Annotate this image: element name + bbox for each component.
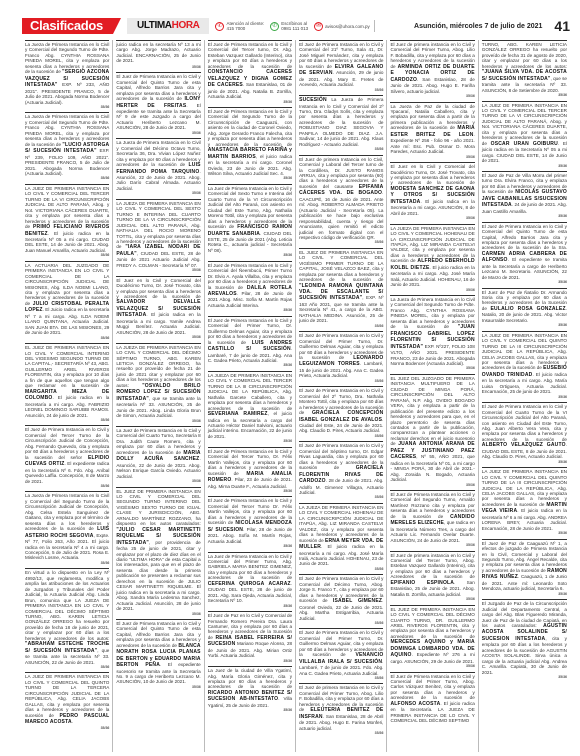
notice-code: 35/36 <box>299 379 383 384</box>
notice-body: La Juez de Primera Instancia en lo Civil… <box>208 186 292 229</box>
legal-notice: El Juez de Primera Instancia en lo Civil… <box>299 574 383 628</box>
notice-code: 35/36 <box>208 308 292 313</box>
legal-notice: El Juez de primera Instancia en lo Civil… <box>299 155 383 248</box>
legal-notice: El Juez de Paz en lo Civil y Comercial d… <box>208 611 292 666</box>
deceased-name: OSCAR URAN GOIBURU <box>491 141 558 147</box>
legal-notice: El Juez de Primera Instancia en lo Civil… <box>299 40 383 95</box>
deceased-name: EPIFANIO ESPINOLA <box>390 580 454 586</box>
notice-code: 35/36 <box>116 685 200 690</box>
section-title: Clasificados <box>22 18 113 34</box>
notice-code: 35/36 <box>116 65 200 70</box>
notice-code: 35/36 <box>390 597 474 602</box>
notice-code: 35/36 <box>482 164 567 169</box>
deceased-name: ALFONSO ACOSTA <box>390 701 440 707</box>
notice-body: EL JUEZ DE PRIMERA INSTANCIA EN LO CIVIL… <box>25 345 109 388</box>
notice-body: EL JUEZ DE PRIMERA INSTANCIA EN LO CIVIL… <box>299 250 383 282</box>
notice-code: 35/36 <box>25 561 109 566</box>
notice-code: 35/36 <box>25 253 109 258</box>
notice-code: 35/36 <box>116 131 200 136</box>
notice-code: 35/36 <box>208 544 292 549</box>
legal-notice: En virtud a lo dispuesto en la Ley Nº 49… <box>25 568 109 672</box>
legal-notice: La Juez de Primera Instancia en lo Civil… <box>208 184 292 261</box>
legal-notice: El Juez de Primera Instancia en lo Civil… <box>208 40 292 107</box>
notice-code: 35/36 <box>482 675 567 680</box>
legal-notice: La Jueza de Primera Instancia en lo Civi… <box>25 112 109 183</box>
notice-code: 35/36 <box>116 479 200 484</box>
column-2: juicio radica en la secretaría Nº 13 a m… <box>113 40 204 752</box>
notice-code: 35/36 <box>299 731 383 736</box>
notice-code: 35/36 <box>25 726 109 731</box>
phone-number: 415 7000 <box>226 26 264 31</box>
legal-notice: El Juez de primera Instancia en lo Civil… <box>299 683 383 738</box>
legal-notice: El Juez de Primera Instancia en lo Civil… <box>299 331 383 386</box>
notice-code: 35/36 <box>299 621 383 626</box>
legal-notice: El Juez de Paz de Villa Morra del primer… <box>482 171 567 222</box>
issue-date: Asunción, miércoles 7 de julio de 2021 <box>414 23 542 30</box>
legal-notice: LA JUEZA DE PRIMERA INSTANCIA EN LO CIVI… <box>116 199 200 276</box>
notice-code: 35/36 <box>299 567 383 572</box>
notice-body: TURNO, ABG. KAREN LETICIA GONZÁLEZ ORREG… <box>482 42 567 69</box>
legal-notice: El Juez de Primera Instancia en lo Civil… <box>208 447 292 497</box>
legal-notice: El Juez de primera instancia en lo Civil… <box>390 551 474 605</box>
notice-code: 35/36 <box>299 495 383 500</box>
legal-notice: EL JUEZ DE PRIMERA INSTANCIA EN LO CIVIL… <box>116 487 200 619</box>
legal-notice: El Juez de Primera Instancia en lo Civil… <box>25 425 109 491</box>
legal-notice: LA JUEZ DE PRIMERA INSTANCIA EN LO CIVIL… <box>482 467 567 538</box>
legal-notice: El Juez de Primera Instancia en lo Civil… <box>299 441 383 503</box>
legal-notice: EL JUEZ DEL JUZGADO DE PRIMERA INSTANCIA… <box>390 374 474 490</box>
notice-code: 35/36 <box>116 419 200 424</box>
page-number: 41 <box>554 18 570 34</box>
page-header: Clasificados ULTIMAHORA ✆ Atención al cl… <box>22 18 570 34</box>
notice-body: El Juez de primera instancia en lo Civil… <box>390 553 474 580</box>
legal-notice: El Juez de Paz de Caaguazú Nº 1, a efect… <box>482 539 567 600</box>
legal-notice: LA JUEZ DE PRIMERA INSTANCIA EN LO CIVIL… <box>482 101 567 171</box>
notice-code: 35/36 <box>482 214 567 219</box>
notice-body: LA JUEZ DE PRIMERA INSTANCIA EN LO CIVIL… <box>25 186 109 229</box>
legal-notice: El Juez de Paz de Ñatalio Dr. Armando So… <box>482 288 567 331</box>
legal-notice: El Juez de Primera Instancia en lo Civil… <box>482 402 567 467</box>
notice-code: 35/36 <box>390 664 474 669</box>
notice-code: 35/36 <box>482 531 567 536</box>
column-4: El Juez de Primera Instancia en lo Civil… <box>296 40 387 752</box>
notice-code: 35/36 <box>482 93 567 98</box>
notice-body: LA JUEZA DE PRIMERA INSTANCIA EN LO CIVI… <box>116 345 200 388</box>
legal-notice: LA JUEZ DE PRIMERA INSTANCIA EN LO CIVIL… <box>482 331 567 402</box>
notice-body: La Juez de la ciudad de Villa Ygatimí, A… <box>208 668 292 689</box>
notice-code: 35/36 <box>25 665 109 670</box>
deceased-name: SUCESIÓN <box>299 97 327 103</box>
notice-code: 35/36 <box>299 324 383 329</box>
notice-code: 35/36 <box>482 280 567 285</box>
legal-notice: El Juez en lo Civil y Comercial del Duod… <box>116 276 200 343</box>
notice-code: 35/36 <box>25 176 109 181</box>
legal-notice: LA JUEZA DE PRIMERA INSTANCIA EN LO CIVI… <box>390 224 474 295</box>
legal-notice: La Jueza de Paz de la ciudad de Ypacaraí… <box>390 102 474 163</box>
legal-notice: El Juez de Primera Instancia en lo Civil… <box>116 72 200 138</box>
deceased-name: SEVERIANA RAMIREZ <box>208 411 268 417</box>
notice-body: juicio radica en la secretaría Nº 13 a m… <box>116 42 200 63</box>
legal-notice: La Jueza de Primera Instancia en lo Civi… <box>116 138 200 199</box>
column-6: TURNO, ABG. KAREN LETICIA GONZÁLEZ ORREG… <box>479 40 570 752</box>
notice-body: El Juez de Primera Instancia en lo Civil… <box>482 404 567 442</box>
deceased-name: ALBERTO VELAZQUEZ GAUTO <box>482 442 566 448</box>
notice-code: 35/36 <box>299 434 383 439</box>
notice-body-end: . CAACUPÉ, 16 de Junio de 2021. Ante mí:… <box>299 190 383 240</box>
legal-notice: El Juez de Primera Instancia en lo Civil… <box>299 628 383 683</box>
notice-code: 35/36 <box>208 604 292 609</box>
notice-code: 35/36 <box>390 366 474 371</box>
legal-notice: La Juez de Primera Instancia en lo Civil… <box>208 552 292 612</box>
notice-body: LA JUEZ DE PRIMERA INSTANCIA EN LO CIVIL… <box>25 674 109 717</box>
column-3: El Juez de Primera Instancia en lo Civil… <box>205 40 296 752</box>
legal-notice: TURNO, ABG. KAREN LETICIA GONZÁLEZ ORREG… <box>482 40 567 101</box>
divider <box>374 20 375 32</box>
notice-code: 35/36 <box>208 489 292 494</box>
logo-part-hora: HORA <box>172 20 200 31</box>
notice-code: 35/36 <box>482 323 567 328</box>
phone-icon: ✆ <box>215 22 224 31</box>
logo-part-ultima: ULTIMA <box>137 20 172 31</box>
contact-phone: ✆ Atención al cliente:415 7000 <box>215 21 264 31</box>
legal-notice: La Juez de Primera Instancia en lo Civil… <box>116 426 200 487</box>
legal-notice: LA JUEZ DE PRIMERA INSTANCIA EN LO CIVIL… <box>25 672 109 733</box>
notice-code: 35/36 <box>208 176 292 181</box>
contact-email: ✉ avisos@uhora.com.py <box>314 20 379 32</box>
notice-body-end: La Jueza de Primera Instancia en lo Civi… <box>299 97 383 147</box>
legal-notice: El Juzgado de Paz de la Circunscripción … <box>482 599 567 682</box>
notice-body: LA JUEZA DE PRIMERA INSTANCIA EN LO CIVI… <box>208 373 292 411</box>
legal-notice: La Jueza de Primera Instancia en lo Civi… <box>390 295 474 374</box>
notice-code: 35/36 <box>299 676 383 681</box>
notice-body: LA JUEZA DE PRIMERA INSTANCIA EN LO CIVI… <box>116 201 200 250</box>
notice-body: El Juez de Primera Instancia en lo Civil… <box>390 674 474 701</box>
legal-notice: SUCESIÓN La Jueza de Primera Instancia e… <box>299 95 383 155</box>
legal-notice: La Jueza de Primera Instancia en lo Civi… <box>25 491 109 568</box>
contact-whatsapp: ✆ Escríbinos al0981 111 013 <box>270 21 308 31</box>
notice-code: 35/36 <box>208 439 292 444</box>
notice-code: 35/36 <box>25 336 109 341</box>
notice-code: 35/36 <box>208 253 292 258</box>
newspaper-logo: ULTIMAHORA <box>127 18 209 34</box>
legal-notice: El Juez de primera instancia en lo Civil… <box>390 40 474 102</box>
notice-code: 35/36 <box>482 460 567 465</box>
legal-notice: juicio radica en la secretaría Nº 13 a m… <box>116 40 200 72</box>
classifieds-columns: La Jueza de Primera Instancia en lo Civi… <box>22 40 570 752</box>
legal-notice: LA JUEZ DE PRIMERA INSTANCIA EN LO CIVIL… <box>25 184 109 261</box>
legal-notice: LA JUEZA DE PRIMERA INSTANCIA EN LO CIVI… <box>299 503 383 574</box>
notice-code: 35/36 <box>208 708 292 713</box>
notice-code: 35/36 <box>116 612 200 617</box>
notice-code: 35/36 <box>390 288 474 293</box>
notice-body: EL JUEZ DEL JUZGADO DE PRIMERA INSTANCIA… <box>390 376 474 446</box>
legal-notice: El Juez de Primera Instancia en lo Civil… <box>208 496 292 551</box>
notice-code: 35/36 <box>390 94 474 99</box>
notice-body: El Juez en lo Civil y Comercial del Duod… <box>116 278 200 299</box>
legal-notice: El Juez de Primera Instancia en lo Civil… <box>482 222 567 288</box>
notice-code: 35/36 <box>390 155 474 160</box>
notice-body: EL JUEZ DE PRIMERA INSTANCIA EN LO CIVIL… <box>116 489 200 527</box>
notice-body: El Juez de Primera Instancia en lo Civil… <box>208 109 292 147</box>
notice-code: 35/36 <box>208 100 292 105</box>
notice-body: El Juez de Primera Instancia en lo Civil… <box>208 42 292 69</box>
notice-body: El Juez en lo Civil y Comercial del Duod… <box>390 164 474 185</box>
column-5: El Juez de primera instancia en lo Civil… <box>387 40 478 752</box>
deceased-name: ISABEL GIMENEZ <box>333 598 382 604</box>
notice-code: 35/36 <box>116 268 200 273</box>
legal-notice: LA ACTUARIA DEL JUZGADO DE PRIMERA INSTA… <box>25 261 109 343</box>
legal-notice: LA JUEZA DE PRIMERA INSTANCIA EN LO CIVI… <box>208 371 292 447</box>
legal-notice: El Juez de Primera Instancia en lo Civil… <box>299 386 383 441</box>
deceased-name: GRACIELA CONCEPCIÓN ISABEL GONZALEZ DE A… <box>299 410 383 422</box>
notice-code: 35/36 <box>116 191 200 196</box>
legal-notice: La Jueza de Primera Instancia en lo Civi… <box>25 40 109 112</box>
notice-code: 35/36 <box>482 592 567 597</box>
legal-notice: El Juez de Primera Instancia en lo Civil… <box>208 107 292 184</box>
legal-notice: El Juez de Primera Instancia en lo Civil… <box>390 672 474 726</box>
legal-notice: LA JUEZA DE PRIMERA INSTANCIA EN LO CIVI… <box>116 343 200 426</box>
notice-code: 35/36 <box>25 484 109 489</box>
notice-code: 35/36 <box>299 240 383 245</box>
notice-code: 35/36 <box>116 335 200 340</box>
notice-code: 35/36 <box>299 88 383 93</box>
notice-code: 35/36 <box>208 659 292 664</box>
legal-notice: El Juez de Primera Instancia en lo Civil… <box>208 261 292 316</box>
notice-code: 35/36 <box>390 543 474 548</box>
notice-code: 35/36 <box>390 216 474 221</box>
email-address[interactable]: avisos@uhora.com.py <box>325 24 370 29</box>
legal-notice: EL JUEZ DE PRIMERA INSTANCIA EN LO CIVIL… <box>390 605 474 672</box>
notice-code: 35/36 <box>299 147 383 152</box>
legal-notice: El Juez de Primera Instancia en lo Civil… <box>116 619 200 692</box>
legal-notice: El Juez de Primera Instancia en lo Civil… <box>208 316 292 371</box>
notice-code: 35/36 <box>390 483 474 488</box>
whatsapp-icon: ✆ <box>270 22 279 31</box>
legal-notice: El Juez en lo Civil y Comercial del Duod… <box>390 162 474 224</box>
notice-body: El Juez de Primera Instancia en lo Civil… <box>482 224 567 251</box>
notice-code: 35/36 <box>482 395 567 400</box>
notice-body-end: . <box>72 719 73 724</box>
notice-body-end: , por providencia de fecha 25 de junio d… <box>116 540 200 611</box>
notice-body-end: , cita y emplaza por 60 días a los hered… <box>482 636 567 675</box>
legal-notice: La Juez de la ciudad de Villa Ygatimí, A… <box>208 666 292 716</box>
column-1: La Jueza de Primera Instancia en lo Civi… <box>22 40 113 752</box>
notice-code: 35/36 <box>25 418 109 423</box>
notice-body: LA JUEZ DE PRIMERA INSTANCIA EN LO CIVIL… <box>482 103 567 146</box>
deceased-name: EULALIO ROSA GONZALEZ <box>490 306 565 312</box>
notice-code: 35/36 <box>208 363 292 368</box>
notice-body: La Juez de Primera Instancia en lo Civil… <box>208 554 292 581</box>
legal-notice: EL JUEZ DE PRIMERA INSTANCIA EN LO CIVIL… <box>299 248 383 331</box>
notice-body: LA ACTUARIA DEL JUZGADO DE PRIMERA INSTA… <box>25 263 109 306</box>
legal-notice: EL JUEZ DE PRIMERA INSTANCIA EN LO CIVIL… <box>25 343 109 425</box>
notice-body: En virtud a lo dispuesto en la Ley Nº 49… <box>25 570 109 640</box>
envelope-icon: ✉ <box>314 22 323 31</box>
notice-body: EL JUEZ DE PRIMERA INSTANCIA EN LO CIVIL… <box>390 607 474 639</box>
notice-code: 35/36 <box>25 105 109 110</box>
whatsapp-number: 0981 111 013 <box>281 26 308 31</box>
legal-notice: El Juez de Primera Instancia en lo Civil… <box>390 490 474 551</box>
deceased-name: CEFERINA QUIROGA ACARAZ <box>208 581 291 587</box>
